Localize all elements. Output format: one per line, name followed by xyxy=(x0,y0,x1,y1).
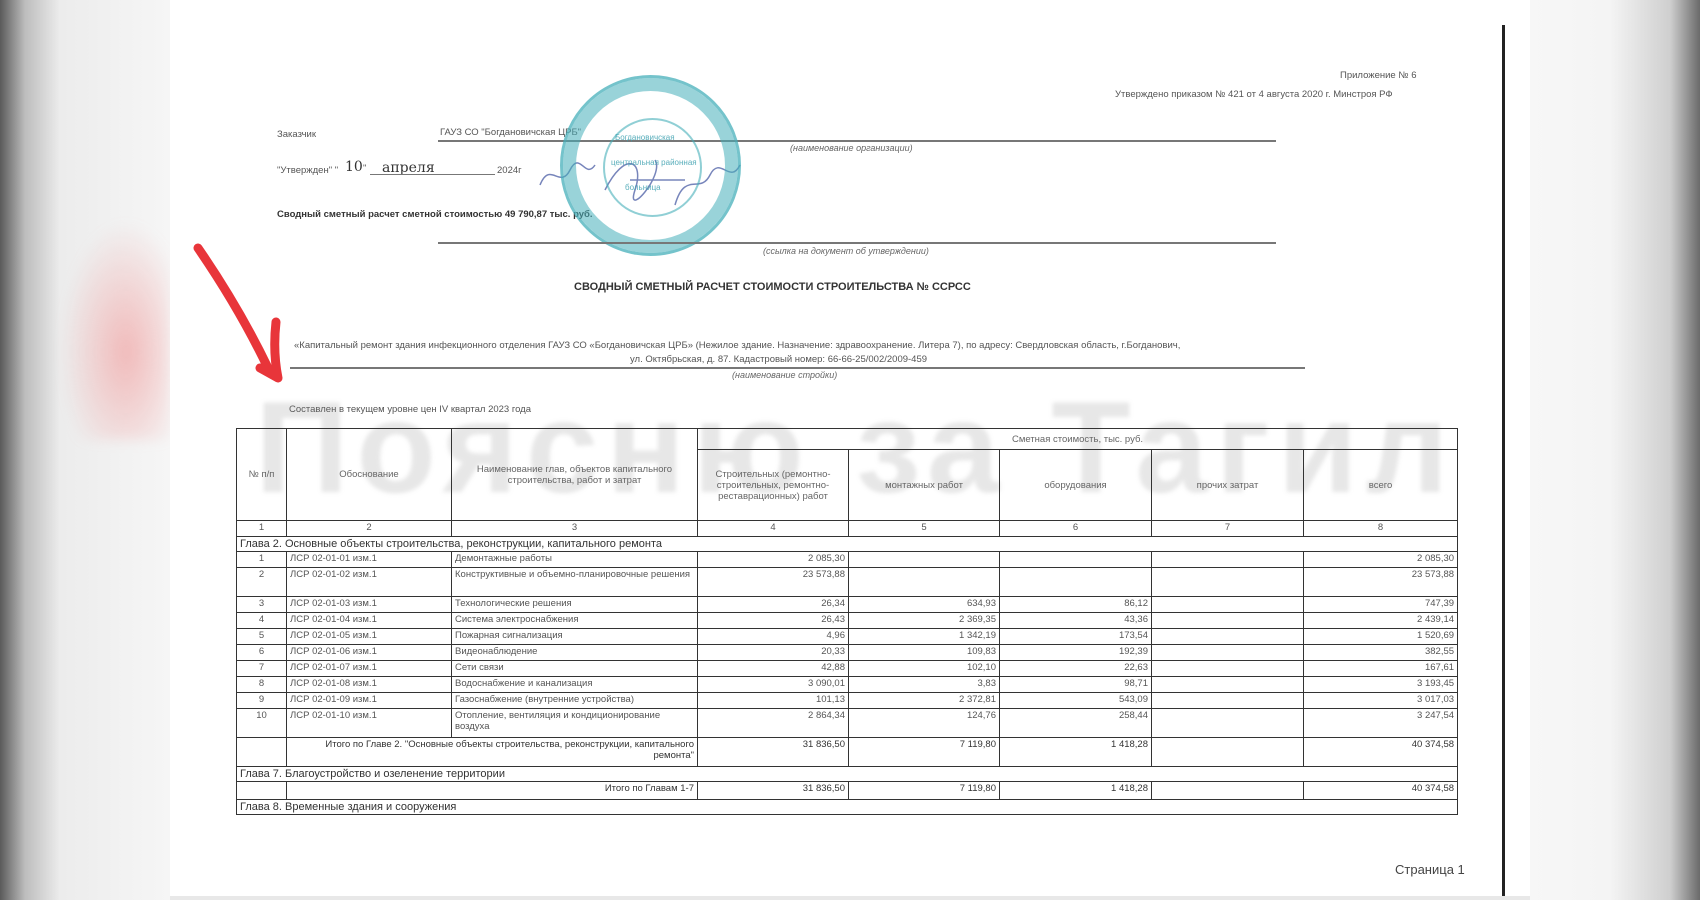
row-basis: ЛСР 02-01-04 изм.1 xyxy=(287,613,452,629)
row-equipment: 173,54 xyxy=(1000,629,1152,645)
row-basis: ЛСР 02-01-09 изм.1 xyxy=(287,693,452,709)
row-basis: ЛСР 02-01-06 изм.1 xyxy=(287,645,452,661)
total-construction: 31 836,50 xyxy=(698,782,849,800)
total-label: Итого по Главе 2. "Основные объекты стро… xyxy=(287,738,698,767)
row-name: Газоснабжение (внутренние устройства) xyxy=(452,693,698,709)
row-number: 9 xyxy=(237,693,287,709)
header-cost-group: Сметная стоимость, тыс. руб. xyxy=(698,429,1458,450)
row-other xyxy=(1152,661,1304,677)
row-other xyxy=(1152,677,1304,693)
total-equipment: 1 418,28 xyxy=(1000,782,1152,800)
row-total: 3 247,54 xyxy=(1304,709,1458,738)
row-other xyxy=(1152,613,1304,629)
row-construction: 26,34 xyxy=(698,597,849,613)
row-total: 3 017,03 xyxy=(1304,693,1458,709)
header-equipment: оборудования xyxy=(1000,450,1152,521)
approved-year: 2024г xyxy=(497,165,522,176)
chapter-2-title: Глава 2. Основные объекты строительства,… xyxy=(237,537,1458,552)
row-total: 23 573,88 xyxy=(1304,568,1458,597)
row-total: 1 520,69 xyxy=(1304,629,1458,645)
row-construction: 101,13 xyxy=(698,693,849,709)
chapter-8-row-title: Глава 8. Временные здания и сооружения xyxy=(237,800,1458,815)
row-basis: ЛСР 02-01-07 изм.1 xyxy=(287,661,452,677)
stamp-text-bot: больница xyxy=(625,183,661,192)
row-construction: 20,33 xyxy=(698,645,849,661)
table-row: 2ЛСР 02-01-02 изм.1Конструктивные и объе… xyxy=(237,568,1458,597)
row-basis: ЛСР 02-01-10 изм.1 xyxy=(287,709,452,738)
page-border xyxy=(1502,25,1505,900)
column-numbers-row: 12345678 xyxy=(237,521,1458,537)
object-line-2: ул. Октябрьская, д. 87. Кадастровый номе… xyxy=(630,354,927,365)
row-other xyxy=(1152,645,1304,661)
blurred-backdrop-left xyxy=(0,0,170,900)
table-row: 8ЛСР 02-01-08 изм.1Водоснабжение и канал… xyxy=(237,677,1458,693)
column-number: 3 xyxy=(452,521,698,537)
row-equipment: 22,63 xyxy=(1000,661,1152,677)
row-construction: 4,96 xyxy=(698,629,849,645)
header-basis: Обоснование xyxy=(287,429,452,521)
empty-cell xyxy=(237,782,287,800)
row-name: Отопление, вентиляция и кондиционировани… xyxy=(452,709,698,738)
table-row: 6ЛСР 02-01-06 изм.1Видеонаблюдение20,331… xyxy=(237,645,1458,661)
header-name: Наименование глав, объектов капитального… xyxy=(452,429,698,521)
row-basis: ЛСР 02-01-03 изм.1 xyxy=(287,597,452,613)
approved-by-order: Утверждено приказом № 421 от 4 августа 2… xyxy=(1115,89,1393,100)
row-number: 4 xyxy=(237,613,287,629)
customer-caption: (наименование организации) xyxy=(790,143,913,153)
row-installation: 102,10 xyxy=(849,661,1000,677)
row-other xyxy=(1152,693,1304,709)
row-total: 2 085,30 xyxy=(1304,552,1458,568)
table-row: 4ЛСР 02-01-04 изм.1Система электроснабже… xyxy=(237,613,1458,629)
total-other xyxy=(1152,782,1304,800)
row-installation: 2 372,81 xyxy=(849,693,1000,709)
column-number: 1 xyxy=(237,521,287,537)
chapter-2-total-row: Итого по Главе 2. "Основные объекты стро… xyxy=(237,738,1458,767)
total-installation: 7 119,80 xyxy=(849,738,1000,767)
row-basis: ЛСР 02-01-01 изм.1 xyxy=(287,552,452,568)
stamp-text-mid: центральная районная xyxy=(611,158,697,167)
total-installation: 7 119,80 xyxy=(849,782,1000,800)
row-equipment: 543,09 xyxy=(1000,693,1152,709)
estimate-table: № п/п Обоснование Наименование глав, объ… xyxy=(236,428,1458,815)
customer-label: Заказчик xyxy=(277,129,316,140)
table-row: 3ЛСР 02-01-03 изм.1Технологические решен… xyxy=(237,597,1458,613)
blurred-backdrop-right xyxy=(1530,0,1700,900)
row-equipment: 98,71 xyxy=(1000,677,1152,693)
doc-link-caption: (ссылка на документ об утверждении) xyxy=(763,246,929,256)
total-label: Итого по Главам 1-7 xyxy=(287,782,698,800)
appendix-label: Приложение № 6 xyxy=(1340,70,1416,81)
row-total: 167,61 xyxy=(1304,661,1458,677)
approved-label: "Утвержден" " xyxy=(277,165,338,176)
row-number: 8 xyxy=(237,677,287,693)
row-number: 1 xyxy=(237,552,287,568)
blurred-red-blob xyxy=(60,220,170,440)
row-number: 3 xyxy=(237,597,287,613)
organization-stamp: Богдановичская центральная районная боль… xyxy=(560,75,741,256)
row-name: Пожарная сигнализация xyxy=(452,629,698,645)
row-total: 747,39 xyxy=(1304,597,1458,613)
row-name: Система электроснабжения xyxy=(452,613,698,629)
row-equipment xyxy=(1000,552,1152,568)
chapters-1-7-total-row: Итого по Главам 1-731 836,507 119,801 41… xyxy=(237,782,1458,800)
row-equipment: 192,39 xyxy=(1000,645,1152,661)
column-number: 8 xyxy=(1304,521,1458,537)
column-number: 6 xyxy=(1000,521,1152,537)
red-arrow-icon xyxy=(190,240,300,390)
row-basis: ЛСР 02-01-08 изм.1 xyxy=(287,677,452,693)
row-number: 2 xyxy=(237,568,287,597)
row-installation: 2 369,35 xyxy=(849,613,1000,629)
header-num: № п/п xyxy=(237,429,287,521)
doc-link-underline xyxy=(438,242,1276,244)
row-construction: 3 090,01 xyxy=(698,677,849,693)
row-total: 3 193,45 xyxy=(1304,677,1458,693)
row-name: Технологические решения xyxy=(452,597,698,613)
row-total: 2 439,14 xyxy=(1304,613,1458,629)
table-row: 10ЛСР 02-01-10 изм.1Отопление, вентиляци… xyxy=(237,709,1458,738)
row-equipment xyxy=(1000,568,1152,597)
row-installation: 1 342,19 xyxy=(849,629,1000,645)
empty-cell xyxy=(237,738,287,767)
object-underline xyxy=(290,367,1305,369)
column-number: 7 xyxy=(1152,521,1304,537)
chapter-7-row-title: Глава 7. Благоустройство и озеленение те… xyxy=(237,767,1458,782)
row-name: Демонтажные работы xyxy=(452,552,698,568)
row-basis: ЛСР 02-01-05 изм.1 xyxy=(287,629,452,645)
page-number: Страница 1 xyxy=(1395,862,1465,877)
row-installation: 109,83 xyxy=(849,645,1000,661)
customer-value: ГАУЗ СО "Богдановичская ЦРБ" xyxy=(440,127,581,138)
row-number: 7 xyxy=(237,661,287,677)
table-row: 9ЛСР 02-01-09 изм.1Газоснабжение (внутре… xyxy=(237,693,1458,709)
table-row: 1ЛСР 02-01-01 изм.1Демонтажные работы2 0… xyxy=(237,552,1458,568)
header-other: прочих затрат xyxy=(1152,450,1304,521)
date-underline xyxy=(370,174,495,175)
header-construction: Строительных (ремонтно- строительных, ре… xyxy=(698,450,849,521)
document-title: СВОДНЫЙ СМЕТНЫЙ РАСЧЕТ СТОИМОСТИ СТРОИТЕ… xyxy=(574,281,971,293)
bottom-strip xyxy=(170,896,1530,900)
row-installation: 124,76 xyxy=(849,709,1000,738)
row-other xyxy=(1152,597,1304,613)
total-total: 40 374,58 xyxy=(1304,782,1458,800)
row-installation: 3,83 xyxy=(849,677,1000,693)
total-other xyxy=(1152,738,1304,767)
approved-quote: " xyxy=(363,163,366,174)
row-construction: 42,88 xyxy=(698,661,849,677)
row-equipment: 43,36 xyxy=(1000,613,1152,629)
row-number: 5 xyxy=(237,629,287,645)
row-number: 6 xyxy=(237,645,287,661)
table-row: 5ЛСР 02-01-05 изм.1Пожарная сигнализация… xyxy=(237,629,1458,645)
stamp-text-top: Богдановичская xyxy=(615,133,675,142)
row-construction: 23 573,88 xyxy=(698,568,849,597)
chapter-2-row: Глава 2. Основные объекты строительства,… xyxy=(237,537,1458,552)
row-number: 10 xyxy=(237,709,287,738)
row-equipment: 86,12 xyxy=(1000,597,1152,613)
column-number: 2 xyxy=(287,521,452,537)
chapter-8-row: Глава 8. Временные здания и сооружения xyxy=(237,800,1458,815)
row-other xyxy=(1152,629,1304,645)
row-other xyxy=(1152,709,1304,738)
row-equipment: 258,44 xyxy=(1000,709,1152,738)
row-construction: 26,43 xyxy=(698,613,849,629)
total-construction: 31 836,50 xyxy=(698,738,849,767)
column-number: 5 xyxy=(849,521,1000,537)
header-installation: монтажных работ xyxy=(849,450,1000,521)
row-name: Конструктивные и объемно-планировочные р… xyxy=(452,568,698,597)
row-construction: 2 864,34 xyxy=(698,709,849,738)
row-name: Сети связи xyxy=(452,661,698,677)
row-installation xyxy=(849,568,1000,597)
price-level: Составлен в текущем уровне цен IV кварта… xyxy=(289,404,531,415)
object-line-1: «Капитальный ремонт здания инфекционного… xyxy=(294,340,1180,351)
column-number: 4 xyxy=(698,521,849,537)
total-total: 40 374,58 xyxy=(1304,738,1458,767)
row-installation: 634,93 xyxy=(849,597,1000,613)
row-name: Водоснабжение и канализация xyxy=(452,677,698,693)
object-caption: (наименование стройки) xyxy=(732,370,837,380)
row-construction: 2 085,30 xyxy=(698,552,849,568)
row-basis: ЛСР 02-01-02 изм.1 xyxy=(287,568,452,597)
header-total: всего xyxy=(1304,450,1458,521)
row-other xyxy=(1152,552,1304,568)
total-equipment: 1 418,28 xyxy=(1000,738,1152,767)
approved-day: 10 xyxy=(345,159,363,175)
row-other xyxy=(1152,568,1304,597)
row-name: Видеонаблюдение xyxy=(452,645,698,661)
row-installation xyxy=(849,552,1000,568)
table-row: 7ЛСР 02-01-07 изм.1Сети связи42,88102,10… xyxy=(237,661,1458,677)
row-total: 382,55 xyxy=(1304,645,1458,661)
chapter-7-row: Глава 7. Благоустройство и озеленение те… xyxy=(237,767,1458,782)
